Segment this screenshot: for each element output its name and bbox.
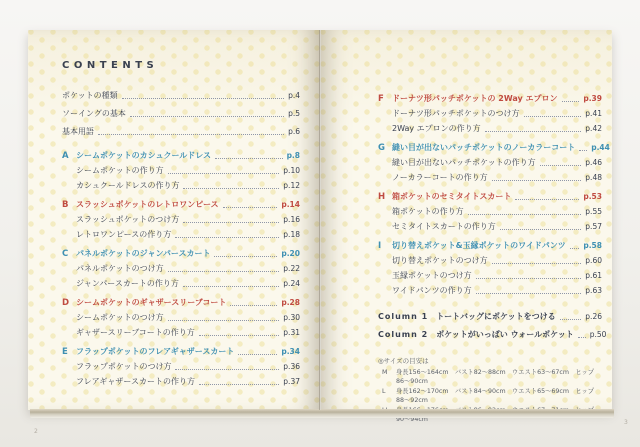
dot-leader [476,293,582,294]
toc-section-row: Dシームポケットのギャザースリーブコートp.28 [62,298,300,308]
toc-section-row: H箱ポケットのセミタイトスカートp.53 [378,192,602,202]
entry-label: ポケットの種類 [62,91,118,101]
entry-label: ポケットがいっぱい ウォールポケット [436,330,574,340]
page-number: p.55 [585,207,602,217]
entry-label: レトロワンピースの作り方 [76,230,171,240]
entry-label: ギャザースリーブコートの作り方 [76,328,195,338]
dot-leader [515,199,579,200]
page-number: p.20 [281,249,300,259]
section-title: 縫い目が出ないパッチポケットのノーカラーコート [392,143,575,153]
toc-sub-row: 玉縁ポケットのつけ方p.61 [378,271,602,281]
size-label: L [382,387,396,405]
entry-label: 切り替えポケットのつけ方 [392,256,488,266]
toc-sub-row: ドーナツ形パッチポケットのつけ方p.41 [378,109,602,119]
section-letter: B [62,200,76,210]
toc-sub-row: 箱ポケットの作り方p.55 [378,207,602,217]
toc-sub-row: パネルポケットのつけ方p.22 [62,264,300,274]
dot-leader [215,158,283,159]
entry-label: 箱ポケットの作り方 [392,207,464,217]
entry-label: シームポケットの作り方 [76,166,164,176]
page-number: p.44 [591,143,610,153]
section-title: 切り替えポケット&玉縁ポケットのワイドパンツ [392,241,566,251]
dot-leader [570,248,580,249]
toc-sub-row: シームポケットのつけ方p.30 [62,313,300,323]
toc-sub-row: ジャンパースカートの作り方p.24 [62,279,300,289]
page-number: p.39 [583,94,602,104]
page-number: p.42 [585,124,602,134]
toc-sub-row: 2Way エプロンの作り方p.42 [378,124,602,134]
page-number: p.50 [590,330,607,340]
size-row: M身長156〜164cm バスト82〜88cm ウエスト63〜67cm ヒップ8… [378,368,602,386]
page-number: p.10 [283,166,300,176]
section-letter: A [62,151,76,161]
page-number: p.37 [283,377,300,387]
left-page: CONTENTS ポケットの種類p.4ソーイングの基本p.5基本用語p.6 Aシ… [28,30,320,410]
dot-leader [578,337,586,338]
toc-intro-row: ポケットの種類p.4 [62,91,300,101]
entry-label: ドーナツ形パッチポケットのつけ方 [392,109,520,119]
toc-sub-row: レトロワンピースの作り方p.18 [62,230,300,240]
page-number: p.14 [281,200,300,210]
toc-section-row: I切り替えポケット&玉縁ポケットのワイドパンツp.58 [378,241,602,251]
toc-sub-row: フレアギャザースカートの作り方p.37 [62,377,300,387]
toc-section-row: Eフラップポケットのフレアギャザースカートp.34 [62,347,300,357]
dot-leader [540,165,582,166]
page-number: p.12 [283,181,300,191]
page-number: p.57 [585,222,602,232]
column-list: Column 1トートバッグにポケットをつけるp.26Column 2ポケットが… [378,312,602,340]
entry-label: 縫い目が出ないパッチポケットの作り方 [392,158,536,168]
entry-label: 玉縁ポケットのつけ方 [392,271,472,281]
section-title: パネルポケットのジャンパースカート [76,249,210,259]
toc-sub-row: スラッシュポケットのつけ方p.16 [62,215,300,225]
page-stack-edge [30,409,614,418]
dot-leader [122,98,284,99]
entry-label: フラップポケットのつけ方 [76,362,171,372]
dot-leader [230,305,277,306]
toc-section-row: Bスラッシュポケットのレトロワンピースp.14 [62,200,300,210]
book-spread: CONTENTS ポケットの種類p.4ソーイングの基本p.5基本用語p.6 Aシ… [28,30,612,410]
dot-leader [183,286,279,287]
entry-label: トートバッグにポケットをつける [436,312,555,322]
right-sections: Fドーナツ形パッチポケットの 2Way エプロンp.39ドーナツ形パッチポケット… [378,94,602,296]
toc-sub-row: ノーカラーコートの作り方p.48 [378,173,602,183]
section-letter: D [62,298,76,308]
dot-leader [468,214,582,215]
toc-sub-row: ギャザースリーブコートの作り方p.31 [62,328,300,338]
dot-leader [238,354,277,355]
toc-section-row: Aシームポケットのカシュクールドレスp.8 [62,151,300,161]
entry-label: 2Way エプロンの作り方 [392,124,481,134]
toc-sub-row: 縫い目が出ないパッチポケットの作り方p.46 [378,158,602,168]
dot-leader [492,180,582,181]
intro-list: ポケットの種類p.4ソーイングの基本p.5基本用語p.6 [62,91,300,137]
page-number: p.46 [585,158,602,168]
dot-leader [485,131,582,132]
dot-leader [183,222,279,223]
page-number: p.5 [288,109,300,119]
page-number: p.4 [288,91,300,101]
page-number: p.41 [585,109,602,119]
toc-sub-row: フラップポケットのつけ方p.36 [62,362,300,372]
dot-leader [168,173,280,174]
folio-right: 3 [624,419,628,426]
section-letter: F [378,94,392,104]
page-number: p.61 [585,271,602,281]
section-title: ドーナツ形パッチポケットの 2Way エプロン [392,94,558,104]
section-title: シームポケットのギャザースリーブコート [76,298,226,308]
entry-label: セミタイトスカートの作り方 [392,222,496,232]
toc-sub-row: ワイドパンツの作り方p.63 [378,286,602,296]
column-label: Column 2 [378,330,428,340]
page-title: CONTENTS [62,60,300,71]
dot-leader [168,271,280,272]
toc-sub-row: 切り替えポケットのつけ方p.60 [378,256,602,266]
section-title: スラッシュポケットのレトロワンピース [76,200,219,210]
entry-label: フレアギャザースカートの作り方 [76,377,195,387]
toc-column-row: Column 1トートバッグにポケットをつけるp.26 [378,312,602,322]
section-letter: I [378,241,392,251]
page-number: p.63 [585,286,602,296]
toc-sub-row: カシュクールドレスの作り方p.12 [62,181,300,191]
dot-leader [168,320,280,321]
dot-leader [223,207,278,208]
page-number: p.24 [283,279,300,289]
section-letter: E [62,347,76,357]
dot-leader [524,116,582,117]
size-row: L身長162〜170cm バスト84〜90cm ウエスト65〜69cm ヒップ8… [378,387,602,405]
toc-section-row: Cパネルポケットのジャンパースカートp.20 [62,249,300,259]
dot-leader [214,256,277,257]
section-letter: C [62,249,76,259]
toc-sub-row: セミタイトスカートの作り方p.57 [378,222,602,232]
page-number: p.18 [283,230,300,240]
size-note-heading: ◎サイズの目安は [378,356,602,365]
dot-leader [560,319,582,320]
entry-label: スラッシュポケットのつけ方 [76,215,179,225]
page-number: p.26 [585,312,602,322]
toc-column-row: Column 2ポケットがいっぱい ウォールポケットp.50 [378,330,602,340]
left-sections: Aシームポケットのカシュクールドレスp.8シームポケットの作り方p.10カシュク… [62,151,300,387]
entry-label: シームポケットのつけ方 [76,313,164,323]
page-number: p.48 [585,173,602,183]
page-number: p.60 [585,256,602,266]
book-gutter [319,30,321,410]
toc-section-row: G縫い目が出ないパッチポケットのノーカラーコートp.44 [378,143,602,153]
entry-label: パネルポケットのつけ方 [76,264,164,274]
toc-section-row: Fドーナツ形パッチポケットの 2Way エプロンp.39 [378,94,602,104]
size-values: 身長162〜170cm バスト84〜90cm ウエスト65〜69cm ヒップ88… [396,387,602,405]
size-label: M [382,368,396,386]
dot-leader [199,384,279,385]
page-number: p.22 [283,264,300,274]
size-values: 身長156〜164cm バスト82〜88cm ウエスト63〜67cm ヒップ86… [396,368,602,386]
page-number: p.58 [583,241,602,251]
entry-label: 基本用語 [62,127,94,137]
dot-leader [579,150,587,151]
toc-sub-row: シームポケットの作り方p.10 [62,166,300,176]
page-number: p.53 [583,192,602,202]
dot-leader [98,134,284,135]
entry-label: カシュクールドレスの作り方 [76,181,179,191]
toc-intro-row: 基本用語p.6 [62,127,300,137]
page-number: p.31 [283,328,300,338]
dot-leader [476,278,582,279]
entry-label: ノーカラーコートの作り方 [392,173,488,183]
entry-label: ソーイングの基本 [62,109,126,119]
entry-label: ジャンパースカートの作り方 [76,279,179,289]
dot-leader [130,116,284,117]
column-label: Column 1 [378,312,428,322]
folio-left: 2 [34,428,38,435]
section-title: シームポケットのカシュクールドレス [76,151,211,161]
section-letter: G [378,143,392,153]
page-number: p.8 [287,151,300,161]
section-title: 箱ポケットのセミタイトスカート [392,192,511,202]
dot-leader [562,101,580,102]
dot-leader [175,237,279,238]
page-number: p.16 [283,215,300,225]
section-letter: H [378,192,392,202]
page-number: p.28 [281,298,300,308]
dot-leader [183,188,279,189]
entry-label: ワイドパンツの作り方 [392,286,472,296]
page-number: p.34 [281,347,300,357]
toc-intro-row: ソーイングの基本p.5 [62,109,300,119]
section-title: フラップポケットのフレアギャザースカート [76,347,234,357]
right-page: Fドーナツ形パッチポケットの 2Way エプロンp.39ドーナツ形パッチポケット… [320,30,612,410]
page-number: p.36 [283,362,300,372]
dot-leader [199,335,279,336]
dot-leader [492,263,582,264]
page-number: p.6 [288,127,300,137]
dot-leader [175,369,279,370]
page-number: p.30 [283,313,300,323]
dot-leader [500,229,582,230]
